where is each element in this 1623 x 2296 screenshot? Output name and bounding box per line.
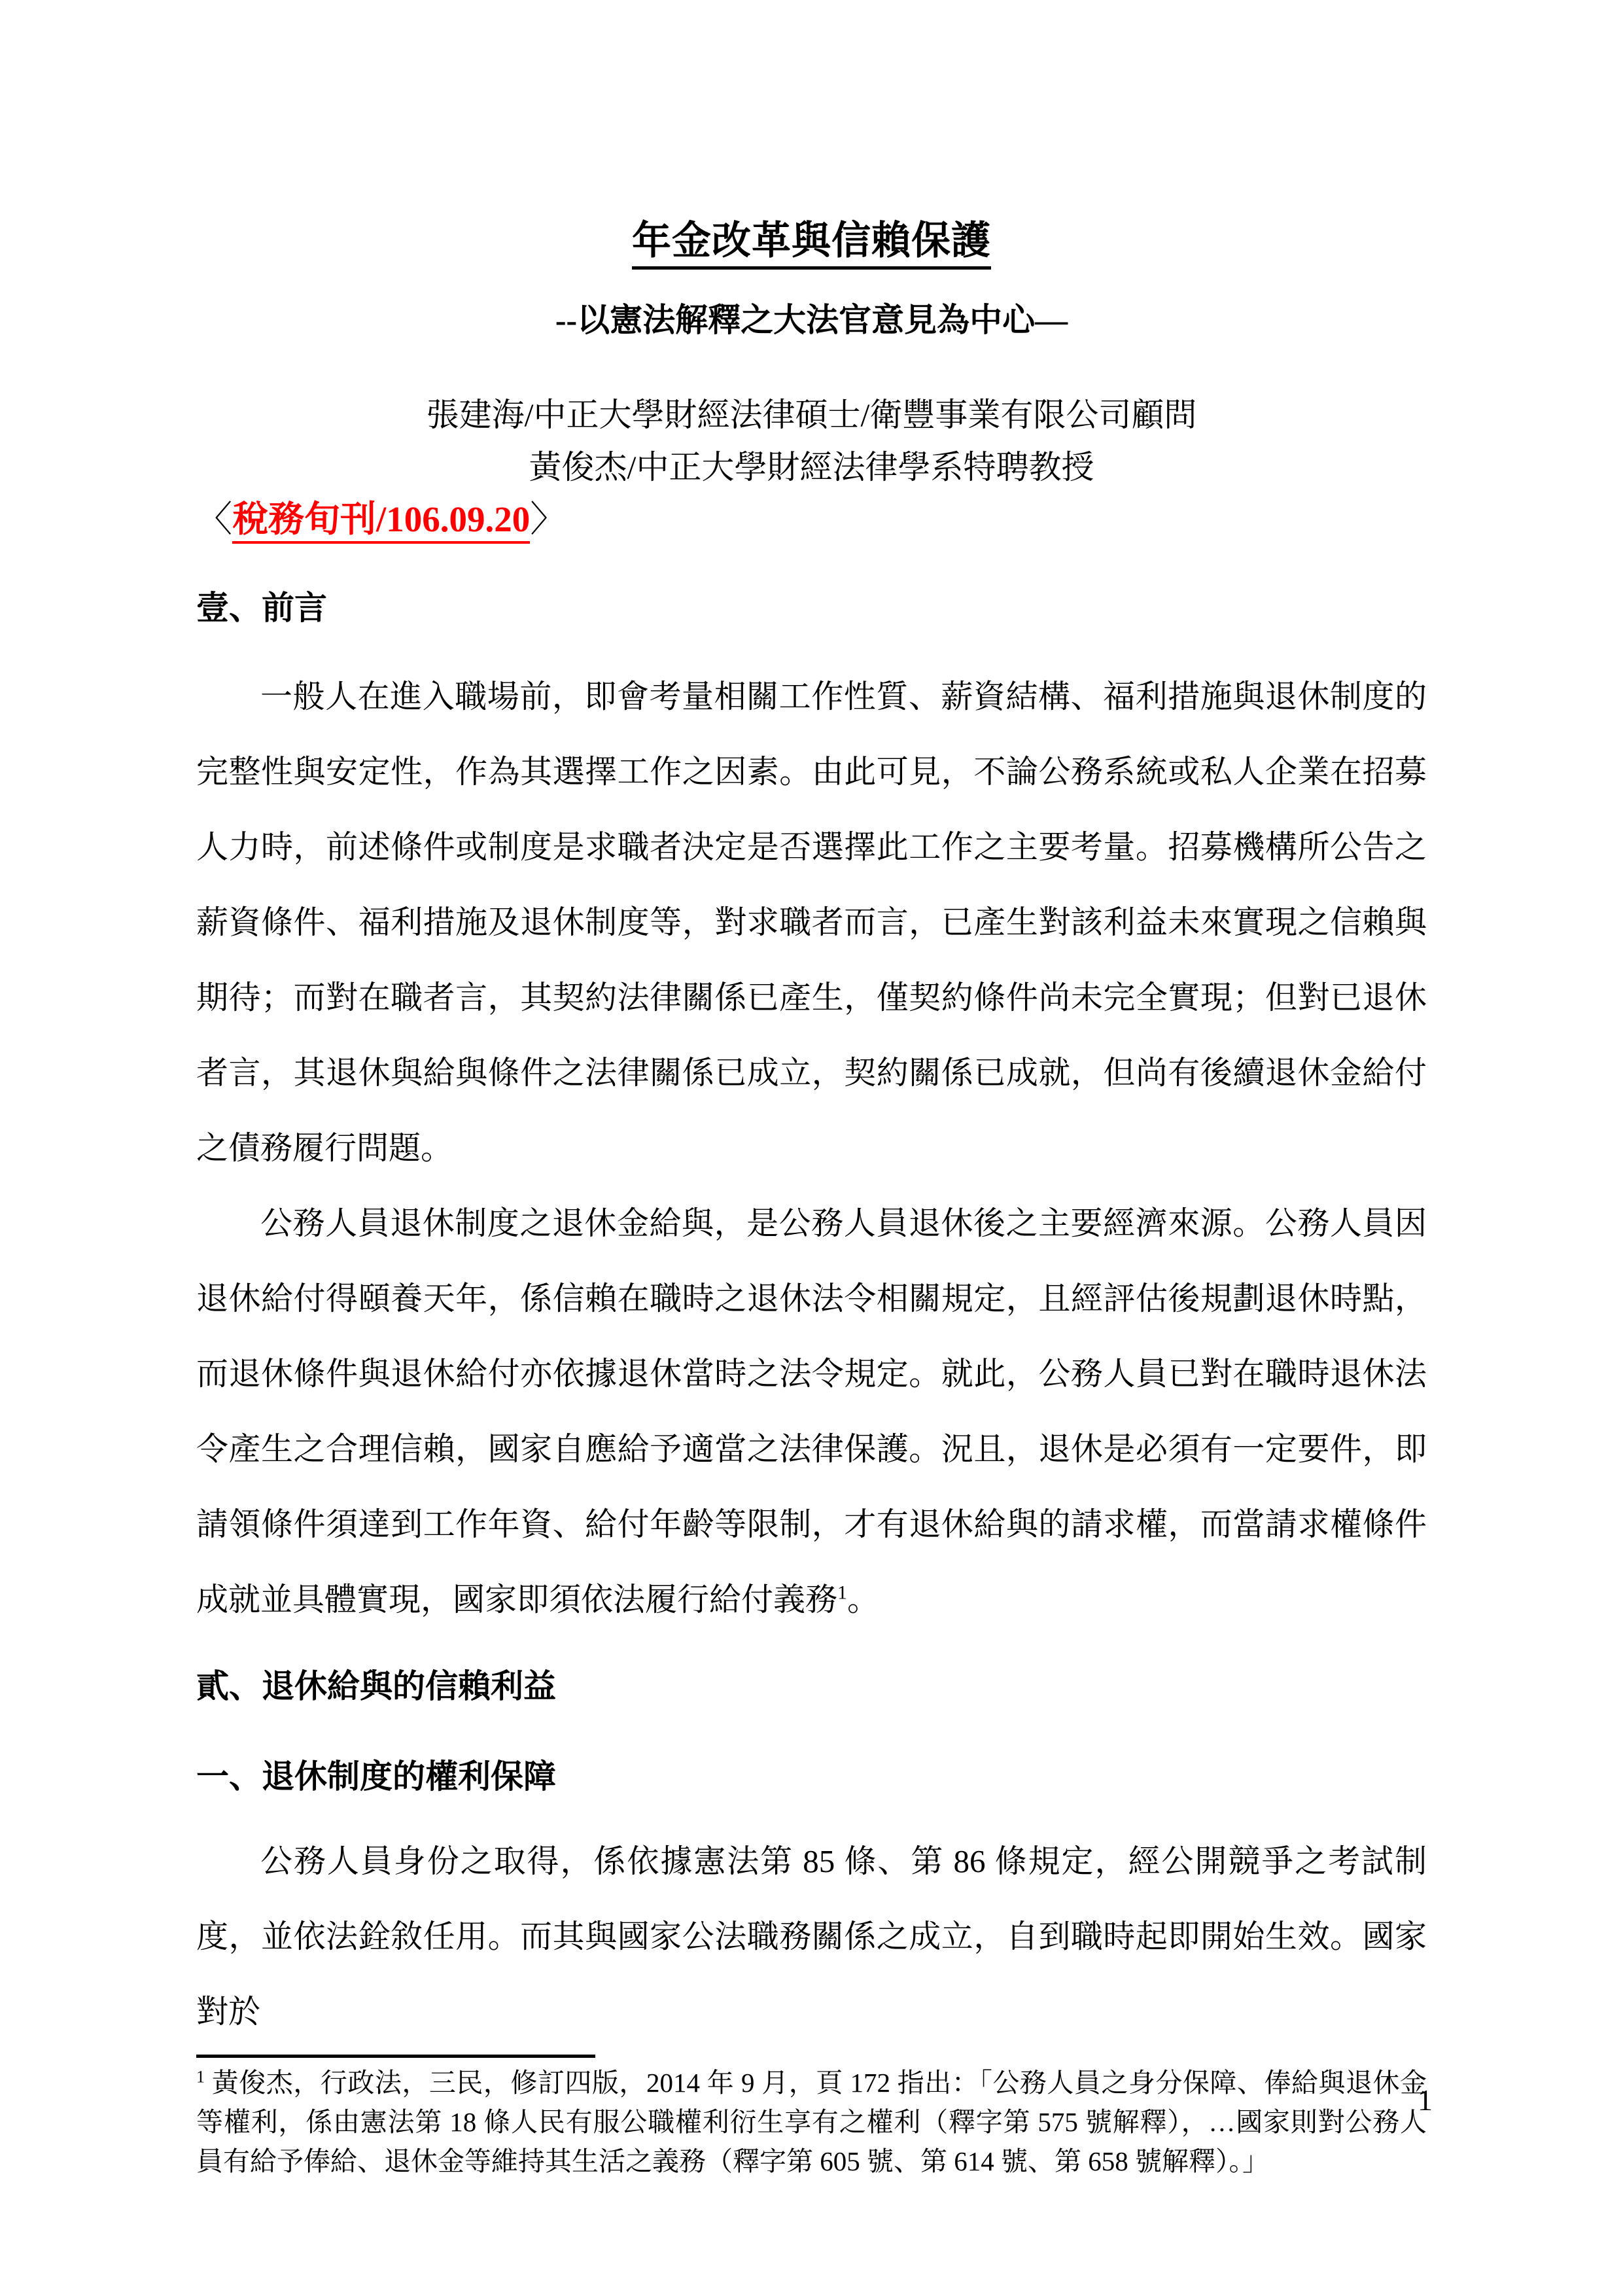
- paragraph-2: 公務人員退休制度之退休金給與，是公務人員退休後之主要經濟來源。公務人員因退休給付…: [196, 1186, 1427, 1637]
- section-heading-trust-interest: 貳、退休給與的信賴利益: [196, 1667, 1427, 1706]
- document-title-text: 年金改革與信賴保護: [632, 219, 991, 270]
- footnote-1-text: 黃俊杰，行政法，三民，修訂四版，2014 年 9 月，頁 172 指出：「公務人…: [196, 2068, 1427, 2176]
- document-title: 年金改革與信賴保護: [196, 217, 1427, 264]
- document-subtitle: --以憲法解釋之大法官意見為中心—: [196, 300, 1427, 340]
- footnote-ref-1[interactable]: 1: [837, 1582, 847, 1604]
- source-line: 〈稅務旬刊/106.09.20〉: [196, 493, 1427, 546]
- document-content: 年金改革與信賴保護 --以憲法解釋之大法官意見為中心— 張建海/中正大學財經法律…: [0, 0, 1623, 2181]
- footnote-1: 1 黃俊杰，行政法，三民，修訂四版，2014 年 9 月，頁 172 指出：「公…: [196, 2063, 1427, 2181]
- paragraph-1: 一般人在進入職場前，即會考量相關工作性質、薪資結構、福利措施與退休制度的完整性與…: [196, 659, 1427, 1186]
- paragraph-2-period: 。: [847, 1581, 879, 1617]
- subsection-heading-rights-protection: 一、退休制度的權利保障: [196, 1757, 1427, 1796]
- author-line-1: 張建海/中正大學財經法律碩士/衛豐事業有限公司顧問: [196, 389, 1427, 441]
- footnote-marker-1: 1: [196, 2067, 205, 2086]
- angle-bracket-close: 〉: [530, 499, 566, 539]
- author-line-2: 黃俊杰/中正大學財經法律學系特聘教授: [196, 441, 1427, 493]
- author-block: 張建海/中正大學財經法律碩士/衛豐事業有限公司顧問 黃俊杰/中正大學財經法律學系…: [196, 389, 1427, 493]
- footnote-separator: [196, 2055, 595, 2058]
- journal-reference-link[interactable]: 稅務旬刊/106.09.20: [232, 499, 530, 544]
- section-heading-preface: 壹、前言: [196, 588, 1427, 627]
- paragraph-2-text: 公務人員退休制度之退休金給與，是公務人員退休後之主要經濟來源。公務人員因退休給付…: [196, 1205, 1427, 1617]
- page-number: 1: [1418, 2081, 1433, 2120]
- paragraph-3: 公務人員身份之取得，係依據憲法第 85 條、第 86 條規定，經公開競爭之考試制…: [196, 1824, 1427, 2049]
- angle-bracket-open: 〈: [196, 499, 232, 539]
- document-page: 年金改革與信賴保護 --以憲法解釋之大法官意見為中心— 張建海/中正大學財經法律…: [0, 0, 1623, 2296]
